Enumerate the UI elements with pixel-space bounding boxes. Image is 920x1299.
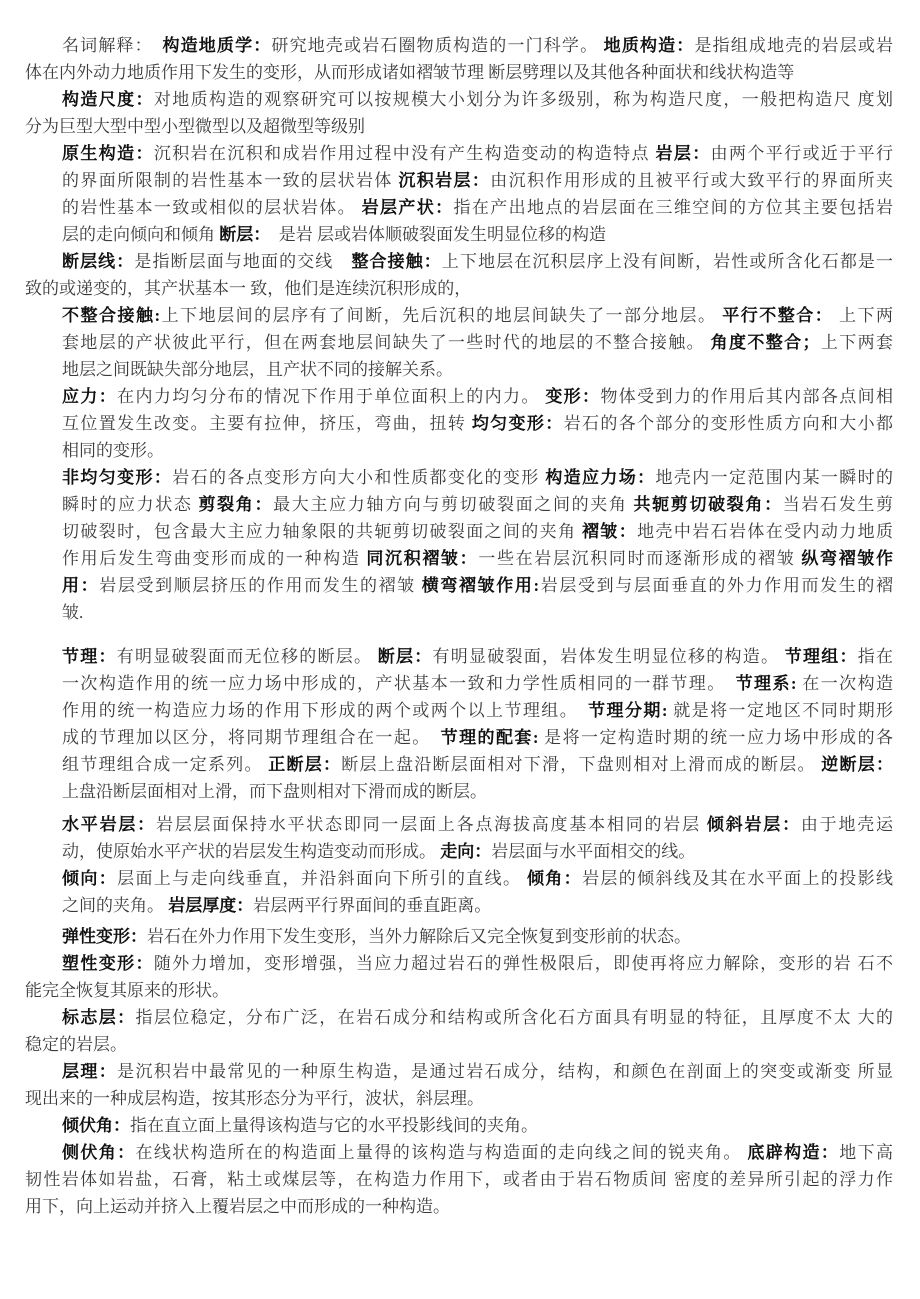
body-text: 作用后发生弯曲变形而成的一种构造 <box>62 549 366 568</box>
body-text: 当岩石发生剪 <box>783 495 893 514</box>
body-text: 是指组成地壳的岩层或岩 <box>694 36 893 55</box>
body-text: 地下高 <box>839 1143 893 1162</box>
glossary-term: 剪裂角： <box>199 495 274 514</box>
text-line: 构造尺度：对地质构造的观察研究可以按规模大小划分为许多级别，称为构造尺度，一般把… <box>62 86 893 113</box>
body-text: 上下两套 <box>820 333 894 352</box>
glossary-term: 横弯褶皱作用: <box>422 576 539 595</box>
body-text: 套地层的产状彼此平行，但在两套地层间缺失了一些时代的地层的不整合接触。 <box>62 333 711 352</box>
glossary-term: 褶皱： <box>582 522 637 541</box>
text-line: 应力：在内力均匀分布的情况下作用于单位面积上的内力。 变形：物体受到力的作用后其… <box>62 383 893 410</box>
text-line: 断层线：是指断层面与地面的交线 整合接触：上下地层在沉积层序上没有间断，岩性或所… <box>62 248 893 275</box>
body-text: 的界面所限制的岩性基本一致的层状岩体 <box>62 171 398 190</box>
body-text: 由于地壳运 <box>801 815 893 834</box>
text-line: 韧性岩体如岩盐，石膏，粘土或煤层等，在构造力作用下，或者由于岩石物质间 密度的差… <box>25 1166 893 1193</box>
glossary-term: 倾角： <box>527 869 582 888</box>
glossary-term: 侧伏角： <box>62 1143 136 1162</box>
glossary-term: 倾伏角： <box>62 1116 130 1135</box>
body-text: 一些在岩层沉积同时而逐渐形成的褶皱 <box>478 549 801 568</box>
glossary-term: 构造地质学： <box>162 36 271 55</box>
body-text: 岩石的各个部分的变形性质方向和大小都 <box>564 414 893 433</box>
text-line: 分为巨型大型中型小型微型以及超微型等级别 <box>25 113 893 140</box>
glossary-term: 断层： <box>219 225 262 244</box>
body-text: 的岩性基本一致或相似的层状岩体。 <box>62 198 362 217</box>
body-text: 在线状构造所在的构造面上量得的该构造与构造面的走向线之间的锐夹角。 <box>136 1143 748 1162</box>
text-line: 弹性变形：岩石在外力作用下发生变形，当外力解除后又完全恢复到变形前的状态。 <box>62 923 893 950</box>
text-line: 倾伏角：指在直立面上量得该构造与它的水平投影线间的夹角。 <box>62 1112 893 1139</box>
body-text: 用下，向上运动并挤入上覆岩层之中而形成的一种构造。 <box>25 1197 450 1216</box>
text-line: 倾向：层面上与走向线垂直，并沿斜面向下所引的直线。 倾角：岩层的倾斜线及其在水平… <box>62 865 893 892</box>
body-text: 现出来的一种成层构造，按其形态分为平行，波状，斜层理。 <box>25 1089 484 1108</box>
text-line: 的界面所限制的岩性基本一致的层状岩体 沉积岩层：由沉积作用形成的且被平行或大致平… <box>62 167 893 194</box>
body-text: 指层位稳定，分布广泛，在岩石成分和结构或所含化石方面具有明显的特征，且厚度不太 … <box>136 1008 894 1027</box>
text-line: 层的走向倾向和倾角 断层： 是岩 层或岩体顺破裂面发生明显位移的构造 <box>62 221 893 248</box>
body-text: 是指断层面与地面的交线 <box>134 252 351 271</box>
text-line: 之间的夹角。 岩层厚度：岩层两平行界面间的垂直距离。 <box>62 892 893 919</box>
text-line: 水平岩层：岩层层面保持水平状态即同一层面上各点海拔高度基本相同的岩层 倾斜岩层：… <box>62 811 893 838</box>
body-text: 岩石在外力作用下发生变形，当外力解除后又完全恢复到变形前的状态。 <box>147 927 691 946</box>
body-text: 是沉积岩中最常见的一种原生构造，是通过岩石成分，结构，和颜色在剖面上的突变或渐变… <box>117 1062 893 1081</box>
body-text: 岩石的各点变形方向大小和性质都变化的变形 <box>172 468 545 487</box>
text-line: 稳定的岩层。 <box>25 1031 893 1058</box>
glossary-term: 节理组： <box>785 647 858 666</box>
text-line: 成的节理加以区分，将同期节理组合在一起。 节理的配套: 是将一定构造时期的统一应… <box>62 724 893 751</box>
body-text: 指在产出地点的岩层面在三维空间的方位其主要包括岩 <box>453 198 893 217</box>
body-text: 指在直立面上量得该构造与它的水平投影线间的夹角。 <box>130 1116 538 1135</box>
glossary-term: 倾斜岩层： <box>707 815 801 834</box>
body-text: 在一次构造 <box>797 674 893 693</box>
text-line: 一次构造作用的统一应力场中形成的，产状基本一致和力学性质相同的一群节理。 节理系… <box>62 670 893 697</box>
document-page: 名词解释： 构造地质学：研究地壳或岩石圈物质构造的一门科学。 地质构造：是指组成… <box>0 0 920 1220</box>
body-text: 皱. <box>62 603 83 622</box>
body-text: 有明显破裂面而无位移的断层。 <box>117 647 378 666</box>
body-text: 动，使原始水平产状的岩层发生构造变动而形成。 <box>62 842 440 861</box>
text-line: 地层之间既缺失部分地层，且产状不同的接解关系。 <box>62 356 893 383</box>
text-line: 标志层：指层位稳定，分布广泛，在岩石成分和结构或所含化石方面具有明显的特征，且厚… <box>62 1004 893 1031</box>
body-text: 沉积岩在沉积和成岩作用过程中没有产生构造变动的构造特点 <box>154 144 656 163</box>
glossary-term: 节理： <box>62 647 117 666</box>
body-text: 韧性岩体如岩盐，石膏，粘土或煤层等，在构造力作用下，或者由于岩石物质间 密度的差… <box>25 1170 893 1189</box>
glossary-term: 断层： <box>378 647 433 666</box>
glossary-term: 地质构造： <box>604 36 695 55</box>
glossary-term: 共轭剪切破裂角： <box>634 495 783 514</box>
body-text: 成的节理加以区分，将同期节理组合在一起。 <box>62 728 441 747</box>
glossary-term: 逆断层： <box>821 755 893 774</box>
glossary-term: 非均匀变形： <box>62 468 172 487</box>
body-text: 体在内外动力地质作用下发生的变形，从而形成诸如褶皱节理 断层劈理以及其他各种面状… <box>25 63 794 82</box>
body-text: 层的走向倾向和倾角 <box>62 225 219 244</box>
glossary-term: 节理的配套: <box>441 728 539 747</box>
glossary-term: 构造尺度： <box>62 90 154 109</box>
body-text: 组节理组合成一定系列。 <box>62 755 268 774</box>
glossary-term: 标志层： <box>62 1008 136 1027</box>
body-text: 是岩 层或岩体顺破裂面发生明显位移的构造 <box>262 225 606 244</box>
glossary-term: 不整合接触: <box>62 306 160 325</box>
body-text: 岩层两平行界面间的垂直距离。 <box>253 896 491 915</box>
text-line: 塑性变形：随外力增加，变形增强，当应力超过岩石的弹性极限后，即使再将应力解除，变… <box>62 950 893 977</box>
text-line: 节理：有明显破裂面而无位移的断层。 断层：有明显破裂面，岩体发生明显位移的构造。… <box>62 643 893 670</box>
body-text: 有明显破裂面，岩体发生明显位移的构造。 <box>433 647 785 666</box>
body-text: 对地质构造的观察研究可以按规模大小划分为许多级别，称为构造尺度，一般把构造尺 度… <box>154 90 893 109</box>
body-text: 断层上盘沿断层面相对下滑，下盘则相对上滑而成的断层。 <box>341 755 821 774</box>
glossary-term: 沉积岩层： <box>398 171 490 190</box>
body-text: 互位置发生改变。主要有拉伸，挤压，弯曲，扭转 <box>62 414 472 433</box>
glossary-term: 岩层厚度： <box>168 896 253 915</box>
body-text: 在内力均匀分布的情况下作用于单位面积上的内力。 <box>117 387 545 406</box>
body-text: 之间的夹角。 <box>62 896 168 915</box>
body-text: 指在 <box>858 647 893 666</box>
glossary-term: 弹性变形： <box>62 927 147 946</box>
text-line: 能完全恢复其原来的形状。 <box>25 977 893 1004</box>
body-text: 岩层受到与层面垂直的外力作用而发生的褶 <box>539 576 893 595</box>
glossary-term: 用： <box>62 576 99 595</box>
text-line: 名词解释： 构造地质学：研究地壳或岩石圈物质构造的一门科学。 地质构造：是指组成… <box>62 32 893 59</box>
body-text: 上下地层间的层序有了间断，先后沉积的地层间缺失了一部分地层。 <box>160 306 722 325</box>
text-line: 切破裂时，包含最大主应力轴象限的共轭剪切破裂面之间的夹角 褶皱：地壳中岩石岩体在… <box>62 518 893 545</box>
glossary-term: 岩层： <box>656 144 711 163</box>
body-text: 物体受到力的作用后其内部各点间相 <box>600 387 893 406</box>
text-line: 组节理组合成一定系列。 正断层：断层上盘沿断层面相对下滑，下盘则相对上滑而成的断… <box>62 751 893 778</box>
text-line: 互位置发生改变。主要有拉伸，挤压，弯曲，扭转 均匀变形：岩石的各个部分的变形性质… <box>62 410 893 437</box>
body-text: 上盘沿断层面相对上滑，而下盘则相对下滑而成的断层。 <box>62 782 487 801</box>
glossary-term: 原生构造： <box>62 144 154 163</box>
glossary-term: 正断层： <box>268 755 341 774</box>
text-line: 相同的变形。 <box>62 437 893 464</box>
text-line: 现出来的一种成层构造，按其形态分为平行，波状，斜层理。 <box>25 1085 893 1112</box>
body-text: 层面上与走向线垂直，并沿斜面向下所引的直线。 <box>117 869 527 888</box>
body-text: 稳定的岩层。 <box>25 1035 127 1054</box>
body-text: 上下地层在沉积层序上没有间断，岩性或所含化石都是一 <box>442 252 893 271</box>
text-line: 非均匀变形：岩石的各点变形方向大小和性质都变化的变形 构造应力场：地壳内一定范围… <box>62 464 893 491</box>
body-text: 地层之间既缺失部分地层，且产状不同的接解关系。 <box>62 360 453 379</box>
glossary-term: 底辟构造： <box>747 1143 839 1162</box>
text-line: 瞬时的应力状态 剪裂角：最大主应力轴方向与剪切破裂面之间的夹角 共轭剪切破裂角：… <box>62 491 893 518</box>
glossary-term: 应力： <box>62 387 117 406</box>
text-line: 套地层的产状彼此平行，但在两套地层间缺失了一些时代的地层的不整合接触。 角度不整… <box>62 329 893 356</box>
text-line: 皱. <box>62 599 893 626</box>
glossary-term: 同沉积褶皱： <box>366 549 478 568</box>
body-text: 作用的统一构造应力场的作用下形成的两个或两个以上节理组。 <box>62 701 588 720</box>
body-text: 最大主应力轴方向与剪切破裂面之间的夹角 <box>273 495 633 514</box>
body-text: 致的或递变的，其产状基本一 致，他们是连续沉积形成的， <box>25 279 471 298</box>
body-text: 上下两 <box>833 306 893 325</box>
glossary-term: 变形： <box>545 387 600 406</box>
body-text: 岩层的倾斜线及其在水平面上的投影线 <box>582 869 893 888</box>
body-text: 切破裂时，包含最大主应力轴象限的共轭剪切破裂面之间的夹角 <box>62 522 582 541</box>
glossary-term: 纵弯褶皱作 <box>801 549 893 568</box>
glossary-term: 层理： <box>62 1062 117 1081</box>
text-line: 用下，向上运动并挤入上覆岩层之中而形成的一种构造。 <box>25 1193 893 1220</box>
body-text: 一次构造作用的统一应力场中形成的，产状基本一致和力学性质相同的一群节理。 <box>62 674 736 693</box>
body-text: 研究地壳或岩石圈物质构造的一门科学。 <box>271 36 603 55</box>
glossary-term: 水平岩层： <box>62 815 156 834</box>
glossary-term: 整合接触： <box>351 252 441 271</box>
glossary-term: 塑性变形： <box>62 954 154 973</box>
glossary-term: 走向： <box>440 842 491 861</box>
text-line: 动，使原始水平产状的岩层发生构造变动而形成。 走向：岩层面与水平面相交的线。 <box>62 838 893 865</box>
text-line: 上盘沿断层面相对上滑，而下盘则相对下滑而成的断层。 <box>62 778 893 805</box>
glossary-term: 构造应力场： <box>545 468 655 487</box>
text-line: 的岩性基本一致或相似的层状岩体。 岩层产状：指在产出地点的岩层面在三维空间的方位… <box>62 194 893 221</box>
document-body: 名词解释： 构造地质学：研究地壳或岩石圈物质构造的一门科学。 地质构造：是指组成… <box>25 32 893 1220</box>
glossary-term: 岩层产状： <box>362 198 454 217</box>
body-text: 地壳内一定范围内某一瞬时的 <box>656 468 893 487</box>
body-text: 分为巨型大型中型小型微型以及超微型等级别 <box>25 117 365 136</box>
body-text: 是将一定构造时期的统一应力场中形成的各 <box>538 728 893 747</box>
body-text: 能完全恢复其原来的形状。 <box>25 981 229 1000</box>
text-line: 作用后发生弯曲变形而成的一种构造 同沉积褶皱：一些在岩层沉积同时而逐渐形成的褶皱… <box>62 545 893 572</box>
glossary-term: 角度不整合； <box>711 333 820 352</box>
glossary-term: 节理分期: <box>588 701 667 720</box>
body-text: 瞬时的应力状态 <box>62 495 199 514</box>
text-line: 侧伏角：在线状构造所在的构造面上量得的该构造与构造面的走向线之间的锐夹角。 底辟… <box>62 1139 893 1166</box>
body-text: 就是将一定地区不同时期形 <box>668 701 893 720</box>
body-text: 岩层面与水平面相交的线。 <box>491 842 695 861</box>
body-text: 岩层层面保持水平状态即同一层面上各点海拔高度基本相同的岩层 <box>156 815 707 834</box>
body-text: 名词解释： <box>62 36 162 55</box>
glossary-term: 断层线： <box>62 252 134 271</box>
text-line: 致的或递变的，其产状基本一 致，他们是连续沉积形成的， <box>25 275 893 302</box>
body-text: 由两个平行或近于平行 <box>711 144 893 163</box>
glossary-term: 节理系: <box>736 674 797 693</box>
text-line: 不整合接触:上下地层间的层序有了间断，先后沉积的地层间缺失了一部分地层。 平行不… <box>62 302 893 329</box>
body-text: 相同的变形。 <box>62 441 164 460</box>
text-line: 用：岩层受到顺层挤压的作用而发生的褶皱 横弯褶皱作用:岩层受到与层面垂直的外力作… <box>62 572 893 599</box>
text-line: 原生构造：沉积岩在沉积和成岩作用过程中没有产生构造变动的构造特点 岩层：由两个平… <box>62 140 893 167</box>
body-text: 地壳中岩石岩体在受内动力地质 <box>637 522 893 541</box>
body-text: 随外力增加，变形增强，当应力超过岩石的弹性极限后，即使再将应力解除，变形的岩 石… <box>154 954 893 973</box>
body-text: 由沉积作用形成的且被平行或大致平行的界面所夹 <box>490 171 893 190</box>
body-text: 岩层受到顺层挤压的作用而发生的褶皱 <box>99 576 421 595</box>
glossary-term: 均匀变形： <box>472 414 564 433</box>
glossary-term: 平行不整合： <box>722 306 833 325</box>
glossary-term: 倾向： <box>62 869 117 888</box>
text-line: 体在内外动力地质作用下发生的变形，从而形成诸如褶皱节理 断层劈理以及其他各种面状… <box>25 59 893 86</box>
text-line: 作用的统一构造应力场的作用下形成的两个或两个以上节理组。 节理分期: 就是将一定… <box>62 697 893 724</box>
text-line: 层理：是沉积岩中最常见的一种原生构造，是通过岩石成分，结构，和颜色在剖面上的突变… <box>62 1058 893 1085</box>
